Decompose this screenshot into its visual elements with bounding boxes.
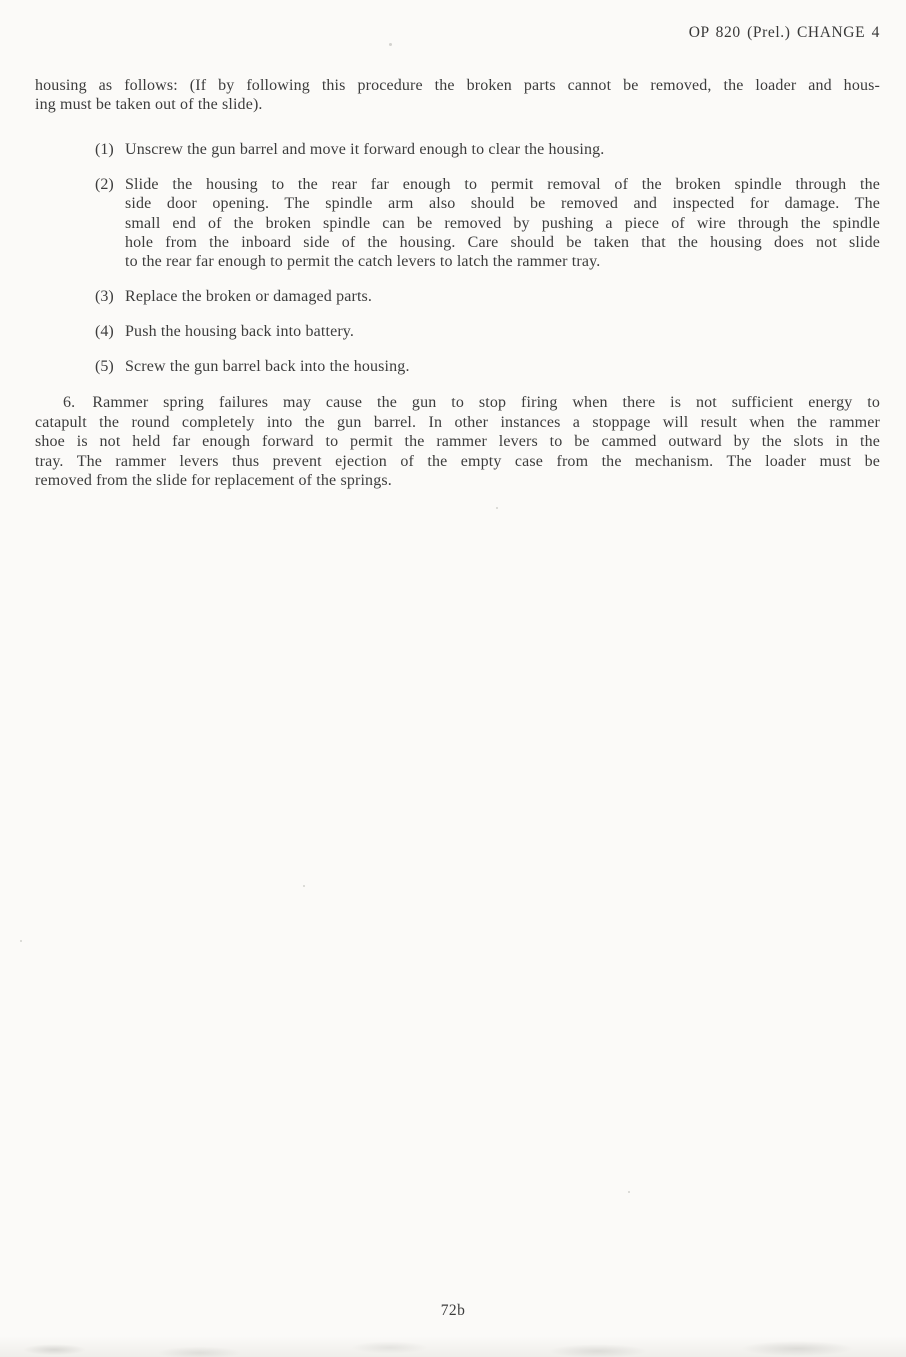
text-line: tray. The rammer levers thus prevent eje… <box>35 452 880 471</box>
numbered-procedure-list: (1) Unscrew the gun barrel and move it f… <box>95 140 880 377</box>
list-item: (3) Replace the broken or damaged parts. <box>95 287 880 306</box>
text-line: shoe is not held far enough forward to p… <box>35 432 880 451</box>
list-item: (1) Unscrew the gun barrel and move it f… <box>95 140 880 159</box>
text-line: Replace the broken or damaged parts. <box>125 287 880 306</box>
document-body: housing as follows: (If by following thi… <box>35 76 880 491</box>
text-line: Slide the housing to the rear far enough… <box>125 175 880 194</box>
text-line: hole from the inboard side of the housin… <box>125 233 880 252</box>
text-line: Push the housing back into battery. <box>125 322 880 341</box>
page-footer: 72b <box>0 1302 906 1320</box>
paragraph-number: 6. <box>63 394 92 411</box>
text-line: side door opening. The spindle arm also … <box>125 194 880 213</box>
page-header: OP 820 (Prel.) CHANGE 4 <box>689 24 880 42</box>
text-line: Unscrew the gun barrel and move it forwa… <box>125 140 880 159</box>
page-number: 72b <box>441 1302 465 1319</box>
scan-speck <box>389 43 392 46</box>
text-span: Rammer spring failures may cause the gun… <box>92 394 880 411</box>
list-item: (2) Slide the housing to the rear far en… <box>95 175 880 272</box>
scanned-document-page: OP 820 (Prel.) CHANGE 4 housing as follo… <box>0 0 906 1357</box>
list-item: (4) Push the housing back into battery. <box>95 322 880 341</box>
item-number: (1) <box>95 140 114 159</box>
intro-paragraph: housing as follows: (If by following thi… <box>35 76 880 115</box>
text-line: 6.Rammer spring failures may cause the g… <box>35 393 880 412</box>
text-line: to the rear far enough to permit the cat… <box>125 252 880 271</box>
text-line: small end of the broken spindle can be r… <box>125 214 880 233</box>
text-line: removed from the slide for replacement o… <box>35 471 880 490</box>
item-number: (2) <box>95 175 114 194</box>
item-number: (5) <box>95 357 114 376</box>
scanner-edge-artifact <box>0 1336 906 1357</box>
scan-speck <box>628 1191 630 1193</box>
text-line: Screw the gun barrel back into the housi… <box>125 357 880 376</box>
publication-title: OP 820 (Prel.) CHANGE 4 <box>689 24 880 41</box>
item-number: (3) <box>95 287 114 306</box>
text-line: housing as follows: (If by following thi… <box>35 76 880 95</box>
scan-speck <box>303 885 305 887</box>
item-number: (4) <box>95 322 114 341</box>
text-line: ing must be taken out of the slide). <box>35 95 880 114</box>
text-line: catapult the round completely into the g… <box>35 413 880 432</box>
list-item: (5) Screw the gun barrel back into the h… <box>95 357 880 376</box>
scan-speck <box>496 507 498 509</box>
paragraph-6: 6.Rammer spring failures may cause the g… <box>35 393 880 490</box>
scan-speck <box>20 940 22 942</box>
